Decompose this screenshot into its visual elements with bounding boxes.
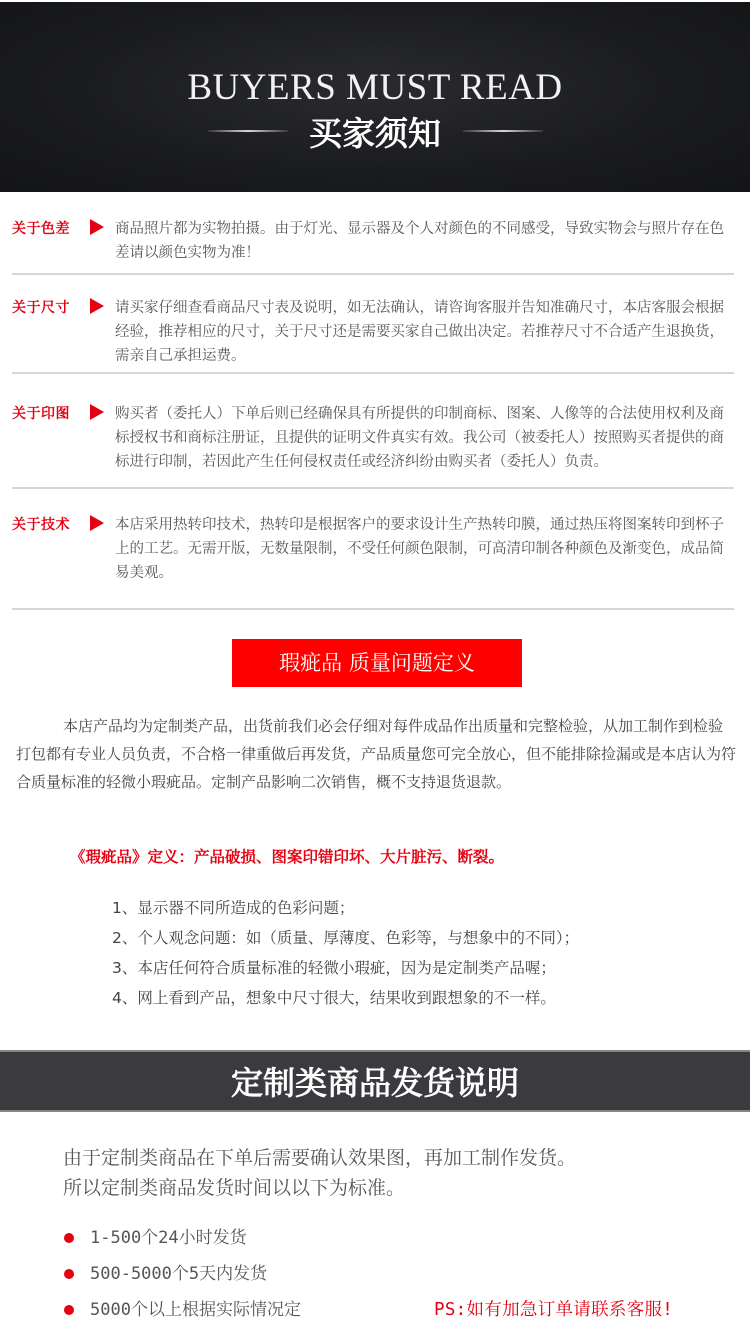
shipping-time-item: 5000个以上根据实际情况定 [62, 1292, 462, 1328]
shipping-time-text: 5000个以上根据实际情况定 [90, 1300, 301, 1320]
shipping-time-text: 500-5000个5天内发货 [90, 1264, 267, 1284]
notice-label: 关于印图 [12, 403, 70, 423]
triangle-right-icon [90, 298, 104, 314]
notice-label: 关于色差 [12, 218, 70, 238]
list-item: 3、本店任何符合质量标准的轻微小瑕疵，因为是定制类产品喔； [112, 953, 712, 983]
triangle-right-icon [90, 219, 104, 235]
list-item: 4、网上看到产品，想象中尺寸很大，结果收到跟想象的不一样。 [112, 983, 712, 1013]
divider [12, 487, 734, 489]
bullet-dot-icon [64, 1305, 74, 1315]
defect-section-banner: 瑕疵品 质量问题定义 [232, 639, 522, 687]
header-title-en: BUYERS MUST READ [0, 66, 750, 109]
shipping-section-banner: 定制类商品发货说明 [0, 1050, 750, 1112]
notice-label: 关于尺寸 [12, 297, 70, 317]
notice-text: 请买家仔细查看商品尺寸表及说明，如无法确认，请咨询客服并告知准确尺寸，本店客服会… [115, 296, 735, 368]
urgent-order-note: PS:如有加急订单请联系客服! [434, 1296, 673, 1321]
divider [12, 372, 734, 374]
bullet-dot-icon [64, 1233, 74, 1243]
header-title-cn: 买家须知 [0, 108, 750, 155]
list-item: 2、个人观念问题：如（质量、厚薄度、色彩等，与想象中的不同）； [112, 923, 712, 953]
triangle-right-icon [90, 404, 104, 420]
header-divider-right [463, 130, 543, 132]
divider [12, 273, 734, 275]
non-defect-list: 1、显示器不同所造成的色彩问题； 2、个人观念问题：如（质量、厚薄度、色彩等，与… [112, 893, 712, 1013]
shipping-intro: 由于定制类商品在下单后需要确认效果图，再加工制作发货。 所以定制类商品发货时间以… [63, 1143, 723, 1203]
defect-definition: 《瑕疵品》定义：产品破损、图案印错印坏、大片脏污、断裂。 [70, 845, 710, 867]
shipping-time-text: 1-500个24小时发货 [90, 1228, 247, 1248]
shipping-intro-line: 所以定制类商品发货时间以以下为标准。 [63, 1173, 723, 1203]
buyers-must-read-header: BUYERS MUST READ 买家须知 [0, 2, 750, 192]
shipping-intro-line: 由于定制类商品在下单后需要确认效果图，再加工制作发货。 [63, 1143, 723, 1173]
quality-paragraph: 本店产品均为定制类产品，出货前我们必会仔细对每件成品作出质量和完整检验，从加工制… [16, 712, 736, 796]
notice-text: 本店采用热转印技术，热转印是根据客户的要求设计生产热转印膜，通过热压将图案转印到… [115, 513, 735, 585]
list-item: 1、显示器不同所造成的色彩问题； [112, 893, 712, 923]
notice-text: 商品照片都为实物拍摄。由于灯光、显示器及个人对颜色的不同感受，导致实物会与照片存… [115, 217, 735, 265]
shipping-time-item: 500-5000个5天内发货 [62, 1256, 462, 1292]
shipping-time-item: 1-500个24小时发货 [62, 1220, 462, 1256]
quality-paragraph-text: 本店产品均为定制类产品，出货前我们必会仔细对每件成品作出质量和完整检验，从加工制… [16, 717, 736, 791]
shipping-time-list: 1-500个24小时发货 500-5000个5天内发货 5000个以上根据实际情… [62, 1220, 462, 1328]
divider [12, 608, 734, 610]
notice-label: 关于技术 [12, 514, 70, 534]
bullet-dot-icon [64, 1269, 74, 1279]
notice-text: 购买者（委托人）下单后则已经确保具有所提供的印制商标、图案、人像等的合法使用权利… [115, 402, 735, 474]
triangle-right-icon [90, 515, 104, 531]
